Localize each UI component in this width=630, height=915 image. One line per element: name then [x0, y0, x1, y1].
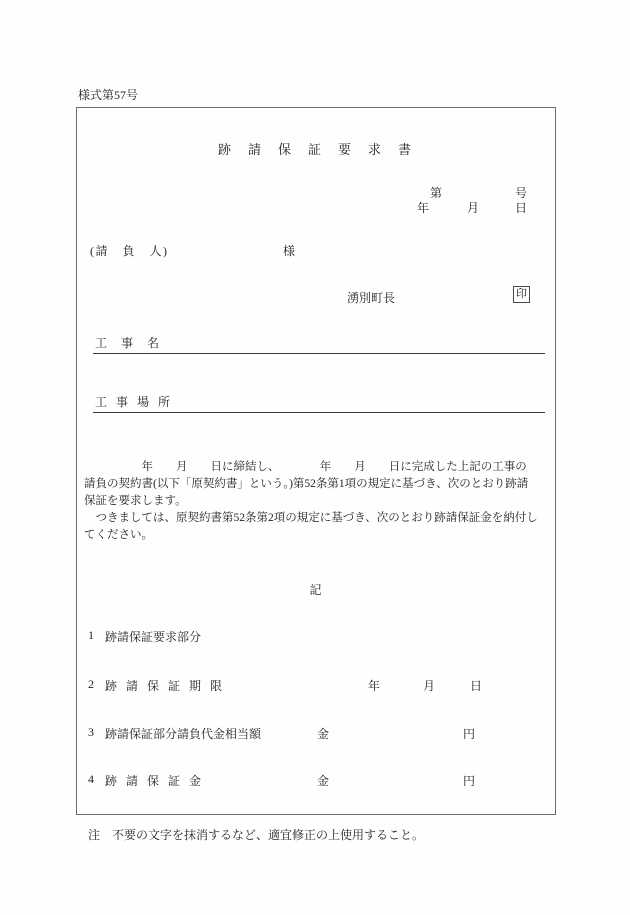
body-line: 年 月 日に締結し、 年 月 日に完成した上記の工事の [84, 459, 538, 476]
item-label: 跡 請 保 証 金 [105, 772, 204, 789]
item-label: 跡請保証要求部分 [105, 628, 201, 645]
amount-kin-label: 金 [317, 725, 329, 742]
seal-mark-icon: 印 [513, 286, 530, 303]
document-title: 跡 請 保 証 要 求 書 [77, 139, 554, 158]
mayor-name: 湧別町長 [347, 289, 395, 306]
document-page: 様式第57号 跡 請 保 証 要 求 書 第 号 年 月 日 (請 負 人) 様… [0, 0, 630, 915]
list-item: 1 跡請保証要求部分 [77, 628, 554, 644]
list-item: 3 跡請保証部分請負代金相当額 金 円 [77, 725, 554, 741]
item-number: 4 [88, 772, 94, 787]
year-label: 年 [368, 677, 380, 694]
date-day-label: 日 [515, 199, 527, 216]
body-line: てください。 [84, 527, 538, 544]
item-label: 跡 請 保 証 期 限 [105, 677, 225, 694]
list-item: 2 跡 請 保 証 期 限 年 月 日 [77, 677, 554, 693]
form-number: 様式第57号 [78, 86, 138, 103]
construction-site-field: 工 事 場 所 [93, 392, 545, 413]
contractor-label: (請 負 人) [90, 242, 169, 259]
item-number: 3 [88, 725, 94, 740]
item-label: 跡請保証部分請負代金相当額 [105, 725, 261, 742]
date-year-label: 年 [417, 199, 429, 216]
amount-yen-label: 円 [463, 725, 475, 742]
amount-yen-label: 円 [463, 772, 475, 789]
body-line: 保証を要求します。 [84, 493, 538, 510]
month-label: 月 [423, 677, 435, 694]
day-label: 日 [470, 677, 482, 694]
doc-number-prefix: 第 [430, 184, 442, 201]
date-month-label: 月 [467, 199, 479, 216]
amount-kin-label: 金 [317, 772, 329, 789]
body-paragraph: 年 月 日に締結し、 年 月 日に完成した上記の工事の 請負の契約書(以下「原契… [84, 459, 538, 544]
document-border-box: 跡 請 保 証 要 求 書 第 号 年 月 日 (請 負 人) 様 湧別町長 印… [76, 107, 556, 815]
construction-name-field: 工 事 名 [93, 333, 545, 354]
body-line: つきましては、原契約書第52条第2項の規定に基づき、次のとおり跡請保証金を納付し [84, 510, 538, 527]
honorific-label: 様 [283, 242, 295, 259]
footnote: 注 不要の文字を抹消するなど、適宜修正の上使用すること。 [88, 826, 424, 843]
construction-name-label: 工 事 名 [95, 334, 160, 351]
ki-heading: 記 [77, 581, 554, 598]
item-number: 2 [88, 677, 94, 692]
construction-site-label: 工 事 場 所 [95, 393, 173, 410]
body-line: 請負の契約書(以下「原契約書」という。)第52条第1項の規定に基づき、次のとおり… [84, 476, 538, 493]
list-item: 4 跡 請 保 証 金 金 円 [77, 772, 554, 788]
item-number: 1 [88, 628, 94, 643]
